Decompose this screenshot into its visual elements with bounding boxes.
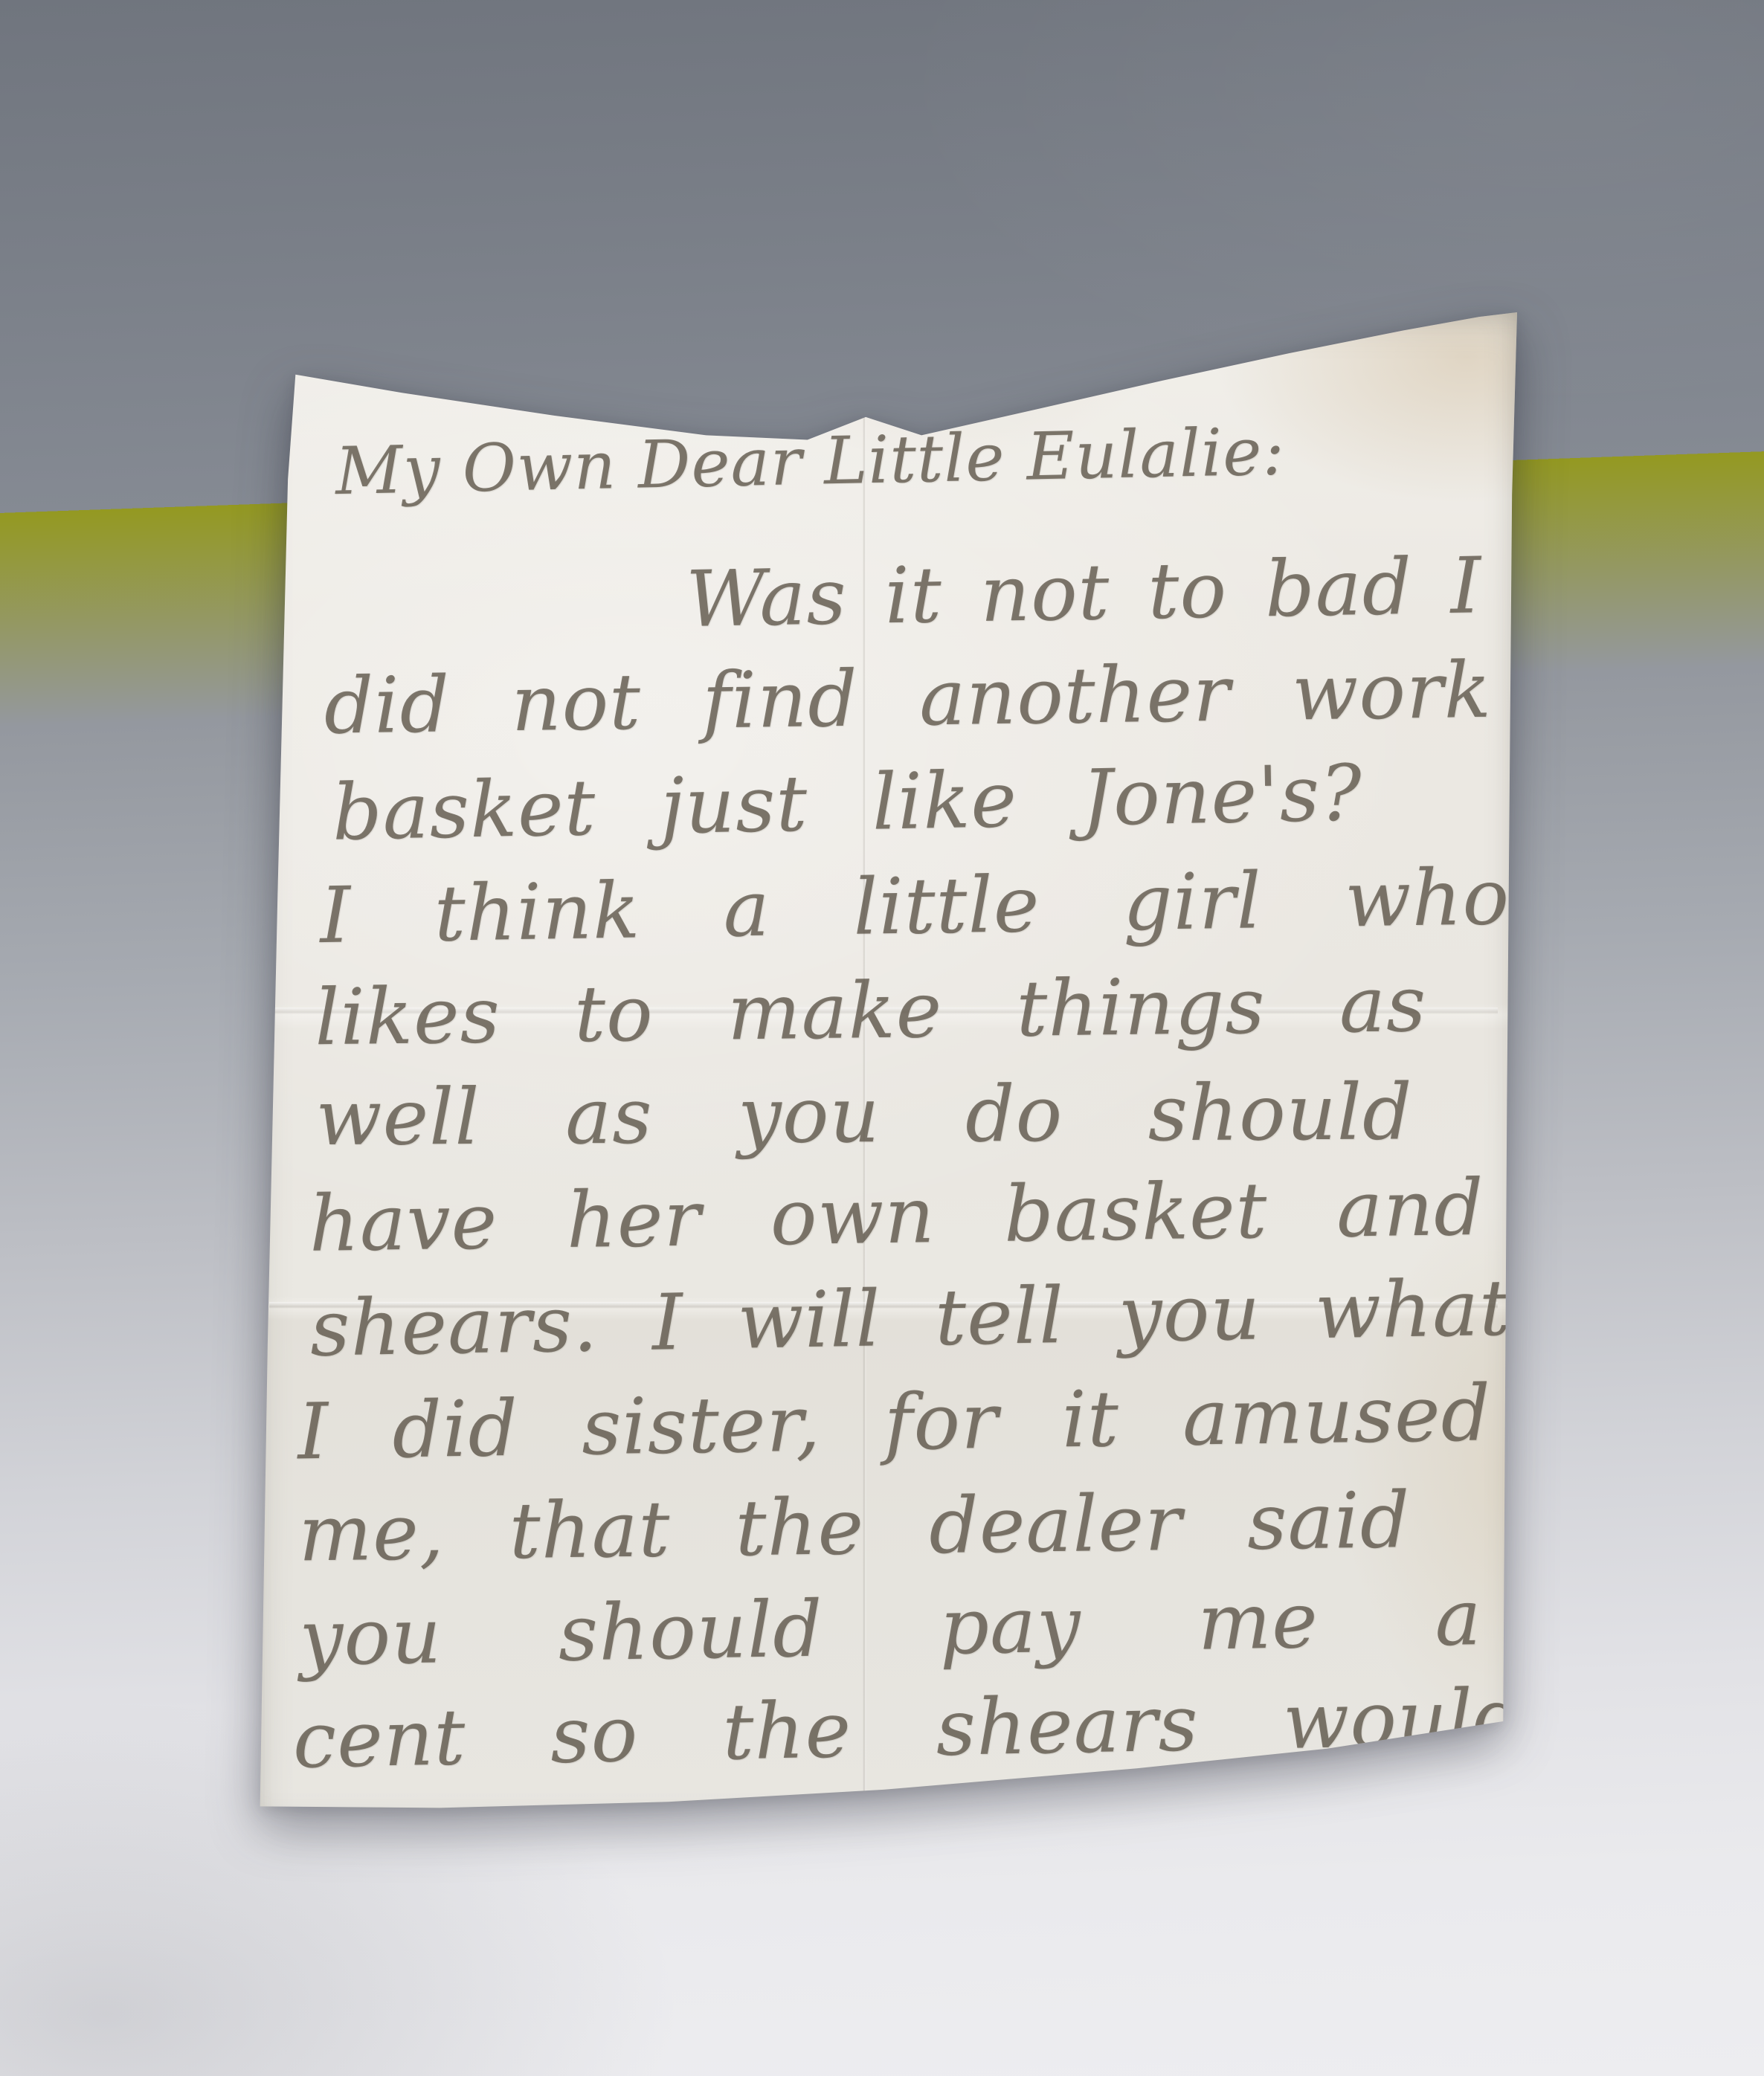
letter-line: basket just like Jone's?	[332, 750, 1363, 855]
paper-shadow: My Own Dear Little Eulalie: Was it not t…	[0, 0, 1764, 2076]
handwritten-text: My Own Dear Little Eulalie: Was it not t…	[243, 307, 1524, 1837]
letter-line: I did sister, for it amused	[297, 1370, 1492, 1474]
letter-line: have her own basket and	[309, 1165, 1484, 1266]
letter-line: shears. I will tell you what	[309, 1266, 1512, 1372]
letter-line: you should pay me a	[299, 1575, 1483, 1680]
letter-line: cent so the shears would	[292, 1674, 1525, 1783]
letter-line: me, that the dealer said	[298, 1477, 1411, 1576]
letter-line: I think a little girl who	[319, 854, 1510, 958]
letter-line: did not find another work	[323, 648, 1492, 749]
letter-line: well as you do should	[315, 1069, 1413, 1160]
letter-photograph: My Own Dear Little Eulalie: Was it not t…	[0, 0, 1764, 2076]
letter-line: likes to make things as	[315, 961, 1427, 1060]
salutation-line: My Own Dear Little Eulalie:	[335, 416, 1273, 508]
letter-line: Was it not to bad I	[685, 543, 1482, 642]
letter-paper: My Own Dear Little Eulalie: Was it not t…	[250, 312, 1517, 1831]
